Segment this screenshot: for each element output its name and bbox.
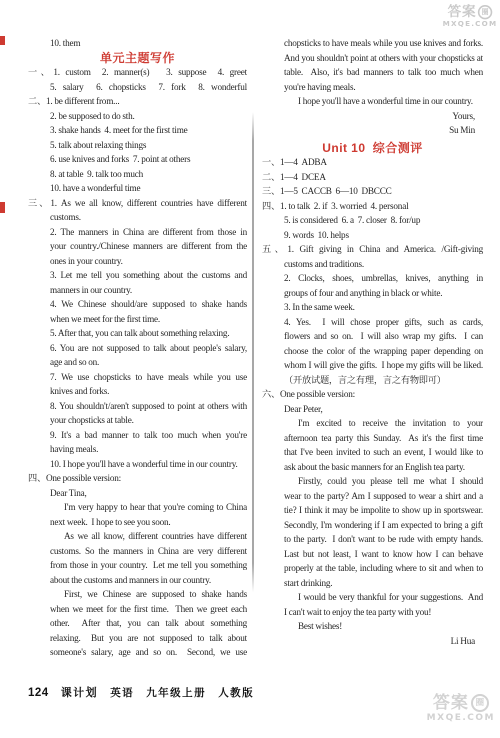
text-line: manners in our country. bbox=[28, 283, 247, 298]
text-line: your chopsticks at table. bbox=[28, 413, 247, 428]
text-line: 9. words 10. helps bbox=[262, 228, 483, 243]
text-line: 四、1. to talk 2. if 3. worried 4. persona… bbox=[262, 199, 483, 214]
text-line: 4. We Chinese should/are supposed to sha… bbox=[28, 297, 247, 312]
text-line: other. After that, you can talk about so… bbox=[28, 616, 247, 631]
column-divider bbox=[252, 112, 254, 592]
text-line: your country./Chinese manners are differ… bbox=[28, 239, 247, 254]
text-line: （开放试题，言之有理，言之有物即可） bbox=[262, 373, 483, 388]
text-line: Firstly, could you please tell me what I… bbox=[262, 474, 483, 489]
text-line: tie? I think it may be impolite to show … bbox=[262, 503, 483, 518]
footer-subject: 英语 bbox=[110, 685, 134, 700]
text-line: 三、1. As we all know, different countries… bbox=[28, 196, 247, 211]
text-line: about the customs and manners in our cou… bbox=[28, 573, 247, 588]
red-edge-mark bbox=[0, 36, 5, 45]
text-line: I hope you'll have a wonderful time in o… bbox=[262, 94, 483, 109]
text-line: Su Min bbox=[262, 123, 483, 138]
text-line: ones in your country. bbox=[28, 254, 247, 269]
text-line: next week. I hope to see you soon. bbox=[28, 515, 247, 530]
text-line: 一、1. custom 2. manner(s) 3. suppose 4. g… bbox=[28, 65, 247, 80]
text-line: ask about the basic manners for an Engli… bbox=[262, 460, 483, 475]
watermark-badge-icon: 圈 bbox=[478, 5, 492, 19]
text-line: 三、1—5 CACCB 6—10 DBCCC bbox=[262, 184, 483, 199]
section-heading: Unit 10 综合测评 bbox=[262, 141, 483, 156]
text-line: 5. salary 6. chopsticks 7. fork 8. wonde… bbox=[28, 80, 247, 95]
text-line: age and so on. bbox=[28, 355, 247, 370]
answer-book-page: 10. them单元主题写作一、1. custom 2. manner(s) 3… bbox=[0, 0, 500, 738]
text-line: from those in your country. Let me tell … bbox=[28, 558, 247, 573]
text-line: 5. talk about relaxing things bbox=[28, 138, 247, 153]
text-line: flowers and so on. I will also wrap my g… bbox=[262, 329, 483, 344]
text-line: 3. shake hands 4. meet for the first tim… bbox=[28, 123, 247, 138]
text-line: 一、1—4 ADBA bbox=[262, 155, 483, 170]
text-line: Last but not least, I want to know how I… bbox=[262, 547, 483, 562]
text-line: 二、1—4 DCEA bbox=[262, 170, 483, 185]
text-line: Dear Tina, bbox=[28, 486, 247, 501]
text-line: 4. Yes. I will chose proper gifts, such … bbox=[262, 315, 483, 330]
text-line: 2. be supposed to do sth. bbox=[28, 109, 247, 124]
text-line: 8. You shouldn't/aren't supposed to poin… bbox=[28, 399, 247, 414]
text-line: 2. Clocks, shoes, umbrellas, knives, any… bbox=[262, 271, 483, 286]
text-line: whom I will give the gifts. I hope my gi… bbox=[262, 358, 483, 373]
text-line: 9. It's a bad manner to talk too much wh… bbox=[28, 428, 247, 443]
watermark-logo: 答案 圈 bbox=[442, 5, 497, 19]
left-column: 10. them单元主题写作一、1. custom 2. manner(s) 3… bbox=[28, 36, 247, 660]
text-line: 8. at table 9. talk too much bbox=[28, 167, 247, 182]
watermark-badge-icon: 圈 bbox=[471, 694, 489, 712]
text-line: 7. We use chopsticks to have meals while… bbox=[28, 370, 247, 385]
text-line: 五、1. Gift giving in China and America. /… bbox=[262, 242, 483, 257]
text-line: knives and forks. bbox=[28, 384, 247, 399]
text-line: properly at the table, including where t… bbox=[262, 561, 483, 576]
text-line: when we meet for the first time. Then we… bbox=[28, 602, 247, 617]
text-line: having meals. bbox=[28, 442, 247, 457]
text-line: 10. have a wonderful time bbox=[28, 181, 247, 196]
text-line: Li Hua bbox=[262, 634, 483, 649]
text-line: groups of four and anything in black or … bbox=[262, 286, 483, 301]
text-line: Yours, bbox=[262, 109, 483, 124]
text-line: when we meet for the first time. bbox=[28, 312, 247, 327]
text-line: I'm excited to receive the invitation to… bbox=[262, 416, 483, 431]
text-line: table. Also, it's bad manners to talk to… bbox=[262, 65, 483, 80]
text-line: 10. them bbox=[28, 36, 247, 51]
footer-edition: 人教版 bbox=[218, 685, 254, 700]
text-line: 二、1. be different from... bbox=[28, 94, 247, 109]
text-line: Dear Peter, bbox=[262, 402, 483, 417]
text-line: 3. In the same week. bbox=[262, 300, 483, 315]
watermark-top: 答案 圈 MXQE.COM bbox=[442, 5, 497, 28]
section-heading: 单元主题写作 bbox=[28, 51, 247, 66]
text-line: that I've been invited to such an event,… bbox=[262, 445, 483, 460]
text-line: Secondly, I'm wondering if I am expected… bbox=[262, 518, 483, 533]
text-line: 六、One possible version: bbox=[262, 387, 483, 402]
text-line: 四、One possible version: bbox=[28, 471, 247, 486]
footer-brand: 课计划 bbox=[61, 684, 99, 700]
watermark-site: MXQE.COM bbox=[442, 20, 497, 28]
watermark-logo-text: 答案 bbox=[433, 694, 469, 712]
text-line: I can't wait to enjoy the tea party with… bbox=[262, 605, 483, 620]
footer-grade: 九年级上册 bbox=[146, 685, 206, 700]
text-line: customs. So the manners in China are ver… bbox=[28, 544, 247, 559]
text-line: someone's salary, age and so on. Second,… bbox=[28, 645, 247, 660]
text-line: wear to the party? Am I supposed to wear… bbox=[262, 489, 483, 504]
text-line: to the party. I don't want to be rude wi… bbox=[262, 532, 483, 547]
text-line: afternoon tea party this Sunday. As it's… bbox=[262, 431, 483, 446]
text-line: you're having meals. bbox=[262, 80, 483, 95]
text-line: I would be very thankful for your sugges… bbox=[262, 590, 483, 605]
text-line: 2. The manners in China are different fr… bbox=[28, 225, 247, 240]
text-line: 10. I hope you'll have a wonderful time … bbox=[28, 457, 247, 472]
red-edge-mark bbox=[0, 202, 5, 213]
text-line: 3. Let me tell you something about the c… bbox=[28, 268, 247, 283]
text-line: 5. is considered 6. a 7. closer 8. for/u… bbox=[262, 213, 483, 228]
watermark-site: MXQE.COM bbox=[427, 713, 495, 723]
text-line: customs. bbox=[28, 210, 247, 225]
text-line: First, we Chinese are supposed to shake … bbox=[28, 587, 247, 602]
text-line: customs and traditions. bbox=[262, 257, 483, 272]
text-line: start drinking. bbox=[262, 576, 483, 591]
text-line: Best wishes! bbox=[262, 619, 483, 634]
watermark-bottom: 答案 圈 MXQE.COM bbox=[427, 694, 495, 723]
text-line: I'm very happy to hear that you're comin… bbox=[28, 500, 247, 515]
text-line: 6. use knives and forks 7. point at othe… bbox=[28, 152, 247, 167]
text-line: As we all know, different countries have… bbox=[28, 529, 247, 544]
page-number: 124 bbox=[28, 687, 49, 699]
text-line: choose the color of the wrapping paper d… bbox=[262, 344, 483, 359]
page-footer: 124 课计划 英语 九年级上册 人教版 bbox=[28, 684, 254, 700]
watermark-logo-text: 答案 bbox=[447, 5, 476, 19]
text-line: And you shouldn't point at others with y… bbox=[262, 51, 483, 66]
text-line: 6. You are not supposed to talk about pe… bbox=[28, 341, 247, 356]
watermark-logo: 答案 圈 bbox=[427, 694, 495, 712]
right-column: chopsticks to have meals while you use k… bbox=[262, 36, 483, 648]
text-line: chopsticks to have meals while you use k… bbox=[262, 36, 483, 51]
text-line: relaxing. But you are not supposed to ta… bbox=[28, 631, 247, 646]
text-line: 5. After that, you can talk about someth… bbox=[28, 326, 247, 341]
